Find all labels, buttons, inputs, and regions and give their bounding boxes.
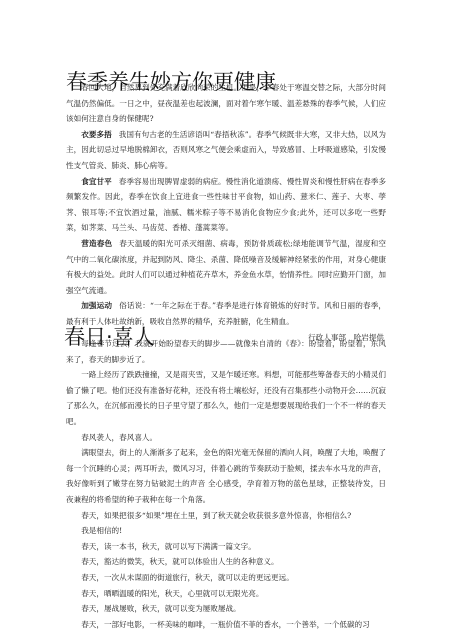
section-heading: 营造春色	[81, 239, 112, 248]
paragraph: 春天，一次从未谋面的街道旅行，秋天，就可以走的更远更远。	[66, 570, 386, 586]
section-diet: 食宜甘平春季容易出现脾胃虚弱的病症。慢性消化道溃疡、慢性胃炎和慢性肝病在春季多频…	[66, 174, 386, 236]
paragraph: 一路上经历了跌跌撞撞，又是雨夹雪，又是乍暖还寒。料想，可能那些筹备春天的小精灵们…	[66, 367, 386, 429]
section-text: 春天温暖的阳光可杀灭细菌、病毒，预防骨质疏松;绿地能调节气温，湿度和空气中的二氧…	[66, 239, 386, 295]
paragraph: 春天，一部好电影，一杯美味的咖啡，一瓶价值不菲的香水，一个善举，一个低碳的习	[66, 617, 386, 633]
section-heading: 衣要多捂	[81, 130, 112, 139]
section-environment: 营造春色春天温暖的阳光可杀灭细菌、病毒，预防骨质疏松;绿地能调节气温，湿度和空气…	[66, 236, 386, 298]
section-clothing: 衣要多捂我国有句古老的生活谚语叫“春捂秋冻”。春季气候既非大寒，又非大热，以风为…	[66, 127, 386, 174]
paragraph: 春天，豁达的微笑，秋天，就可以体验出人生的各种意义。	[66, 554, 386, 570]
section-text: 我国有句古老的生活谚语叫“春捂秋冻”。春季气候既非大寒，又非大热，以风为主，因此…	[66, 130, 386, 170]
paragraph: 春风袭人，春风喜人。	[66, 430, 386, 446]
section-heading: 食宜甘平	[81, 177, 112, 186]
paragraph: 春天，读一本书，秋天，就可以写下满满一篇文字。	[66, 539, 386, 555]
article-body-spring: 每逢春节过去，我就开始盼望春天的脚步——就像朱自清的《春》：盼望着，盼望着，东风…	[66, 336, 386, 632]
intro-paragraph: 春回大地，自然界到处充满着欣欣向荣的生机。但是，早春处于寒温交替之际，大部分时间…	[66, 80, 386, 127]
section-text: 春季容易出现脾胃虚弱的病症。慢性消化道溃疡、慢性胃炎和慢性肝病在春季多频繁发作。…	[66, 177, 386, 233]
paragraph: 每逢春节过去，我就开始盼望春天的脚步——就像朱自清的《春》：盼望着，盼望着，东风…	[66, 336, 386, 367]
paragraph: 春天，晒晒温暖的阳光，秋天，心里就可以无限光亮。	[66, 586, 386, 602]
paragraph: 满眼望去，街上的人渐渐多了起来，金色的阳光毫无保留的洒向人间，唤醒了大地，唤醒了…	[66, 445, 386, 507]
article-body-health: 春回大地，自然界到处充满着欣欣向荣的生机。但是，早春处于寒温交替之际，大部分时间…	[66, 80, 386, 345]
paragraph: 春天，屡战屡败，秋天，就可以变为屡败屡战。	[66, 601, 386, 617]
section-text: 俗话说：“一年之际在于春。”春季是进行体育锻炼的好时节。风和日丽的春季，最有利于…	[66, 301, 386, 326]
section-heading: 加强运动	[81, 301, 112, 310]
paragraph: 我是相信的!	[66, 523, 386, 539]
paragraph: 春天，如果把很多“如果”埋在土里，到了秋天就会收获很多意外惊喜，你相信么?	[66, 508, 386, 524]
